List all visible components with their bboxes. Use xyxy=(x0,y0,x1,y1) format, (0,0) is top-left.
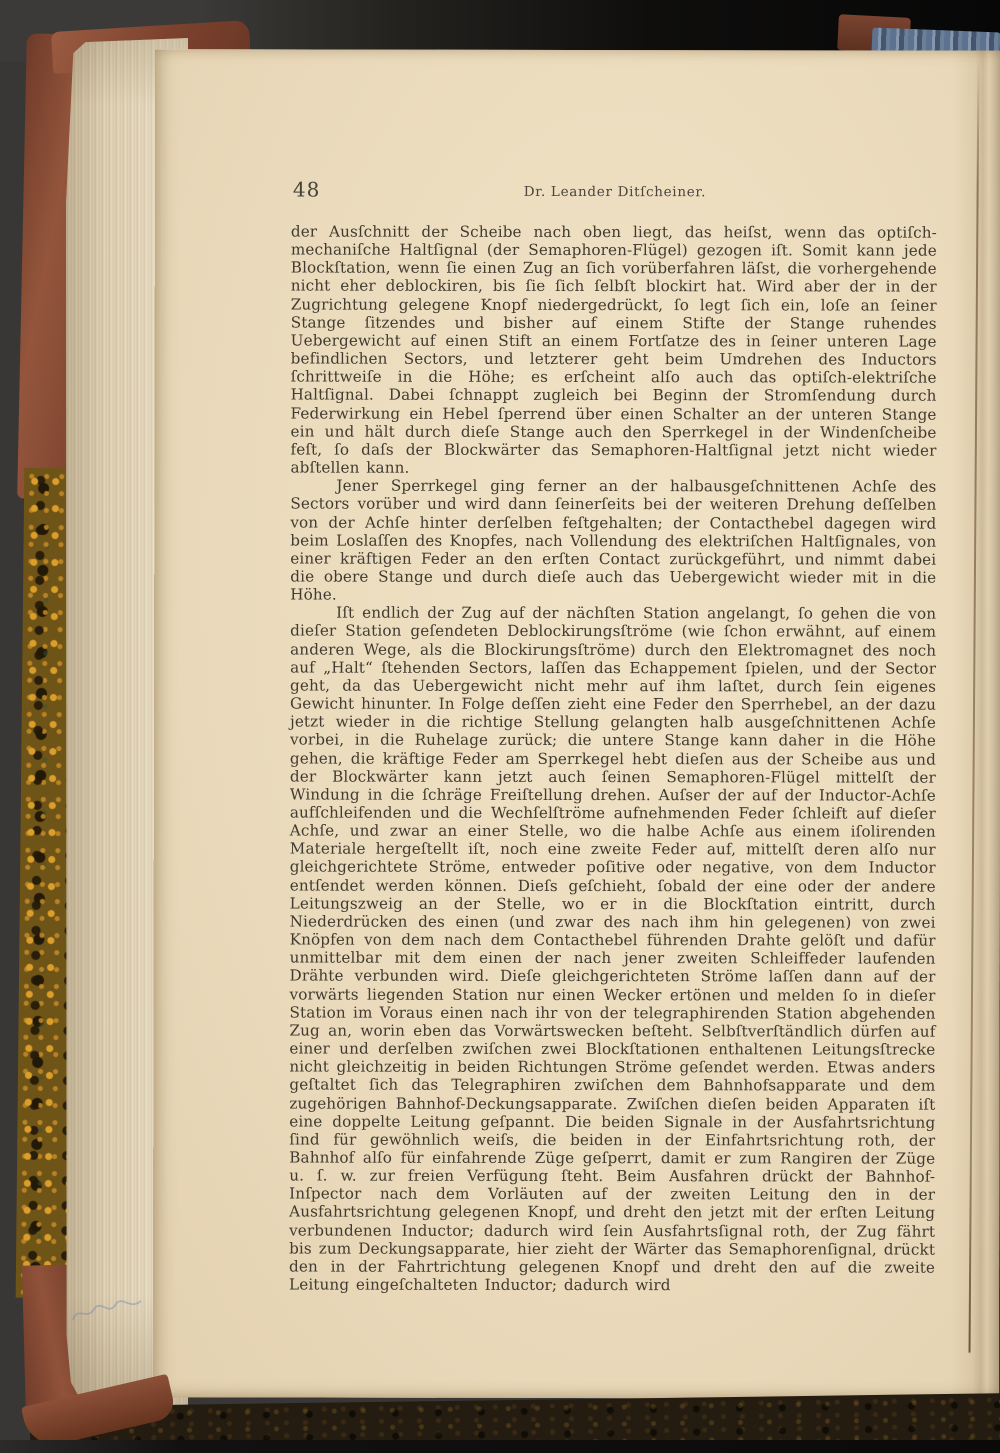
page-number: 48 xyxy=(293,178,320,202)
running-header: Dr. Leander Ditſcheiner. xyxy=(291,177,939,200)
backdrop-bottom-band xyxy=(0,1440,1000,1453)
photographed-book-scene: 48 Dr. Leander Ditſcheiner. der Ausſchni… xyxy=(0,0,1000,1453)
book-page: 48 Dr. Leander Ditſcheiner. der Ausſchni… xyxy=(153,49,1000,1398)
body-text: der Ausſchnitt der Scheibe nach oben lie… xyxy=(289,222,937,1294)
paragraph-1: der Ausſchnitt der Scheibe nach oben lie… xyxy=(290,222,936,477)
paragraph-2: Jener Sperrkegel ging ferner an der halb… xyxy=(290,477,936,605)
paragraph-3: Iſt endlich der Zug auf der nächſten Sta… xyxy=(289,604,936,1295)
page-header: 48 Dr. Leander Ditſcheiner. xyxy=(291,177,939,208)
